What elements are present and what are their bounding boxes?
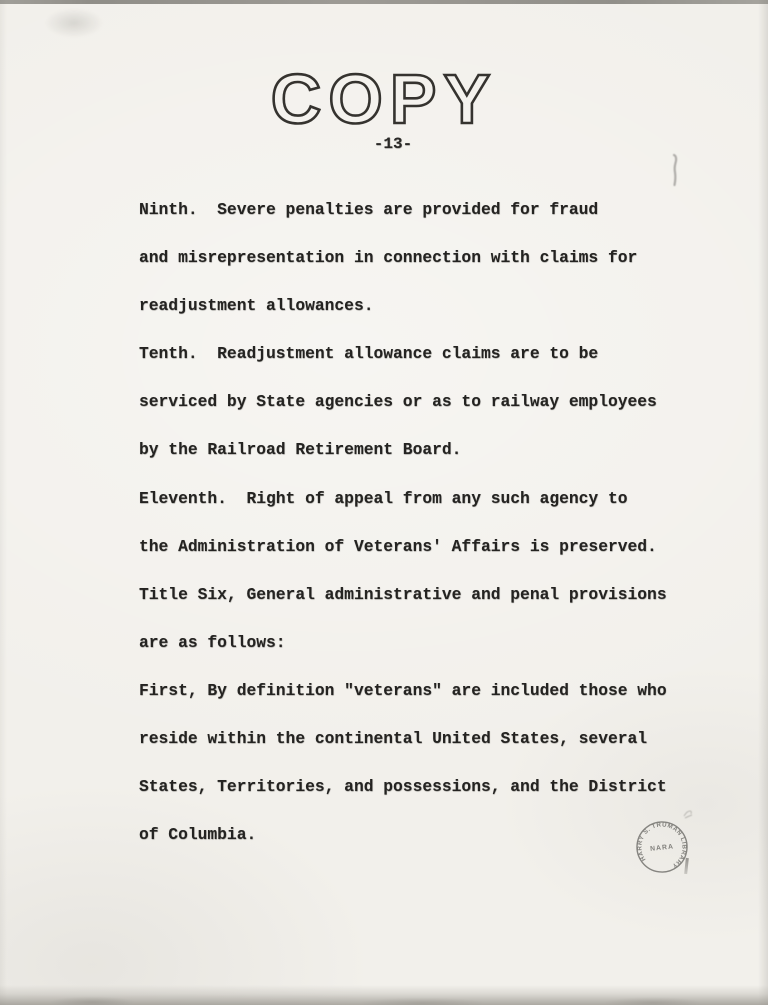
body-line: are as follows: <box>139 619 699 667</box>
stamp-scribble-mark <box>682 808 694 820</box>
body-line: readjustment allowances. <box>139 282 699 330</box>
scan-edge-left <box>0 0 7 1005</box>
body-line: and misrepresentation in connection with… <box>139 234 699 282</box>
body-line: serviced by State agencies or as to rail… <box>139 378 699 426</box>
body-line: First, By definition "veterans" are incl… <box>139 667 699 715</box>
body-line: Ninth. Severe penalties are provided for… <box>139 186 699 234</box>
stamp-center-text: NARA <box>650 843 675 852</box>
scanned-document-page: COPY -13- Ninth. Severe penalties are pr… <box>0 0 768 1005</box>
ink-smudge <box>669 153 681 187</box>
body-line: the Administration of Veterans' Affairs … <box>139 523 699 571</box>
body-line: Eleventh. Right of appeal from any such … <box>139 475 699 523</box>
body-line: Tenth. Readjustment allowance claims are… <box>139 330 699 378</box>
body-line: States, Territories, and possessions, an… <box>139 763 699 811</box>
page-number: -13- <box>9 134 768 154</box>
body-line: reside within the continental United Sta… <box>139 715 699 763</box>
scan-edge-bottom <box>0 985 768 1005</box>
scan-edge-top <box>0 0 768 4</box>
document-body: Ninth. Severe penalties are provided for… <box>139 186 699 859</box>
body-line: Title Six, General administrative and pe… <box>139 571 699 619</box>
copy-watermark: COPY <box>0 63 768 135</box>
body-line: by the Railroad Retirement Board. <box>139 426 699 474</box>
body-line: of Columbia. <box>139 811 699 859</box>
paper-smudge <box>44 8 104 38</box>
